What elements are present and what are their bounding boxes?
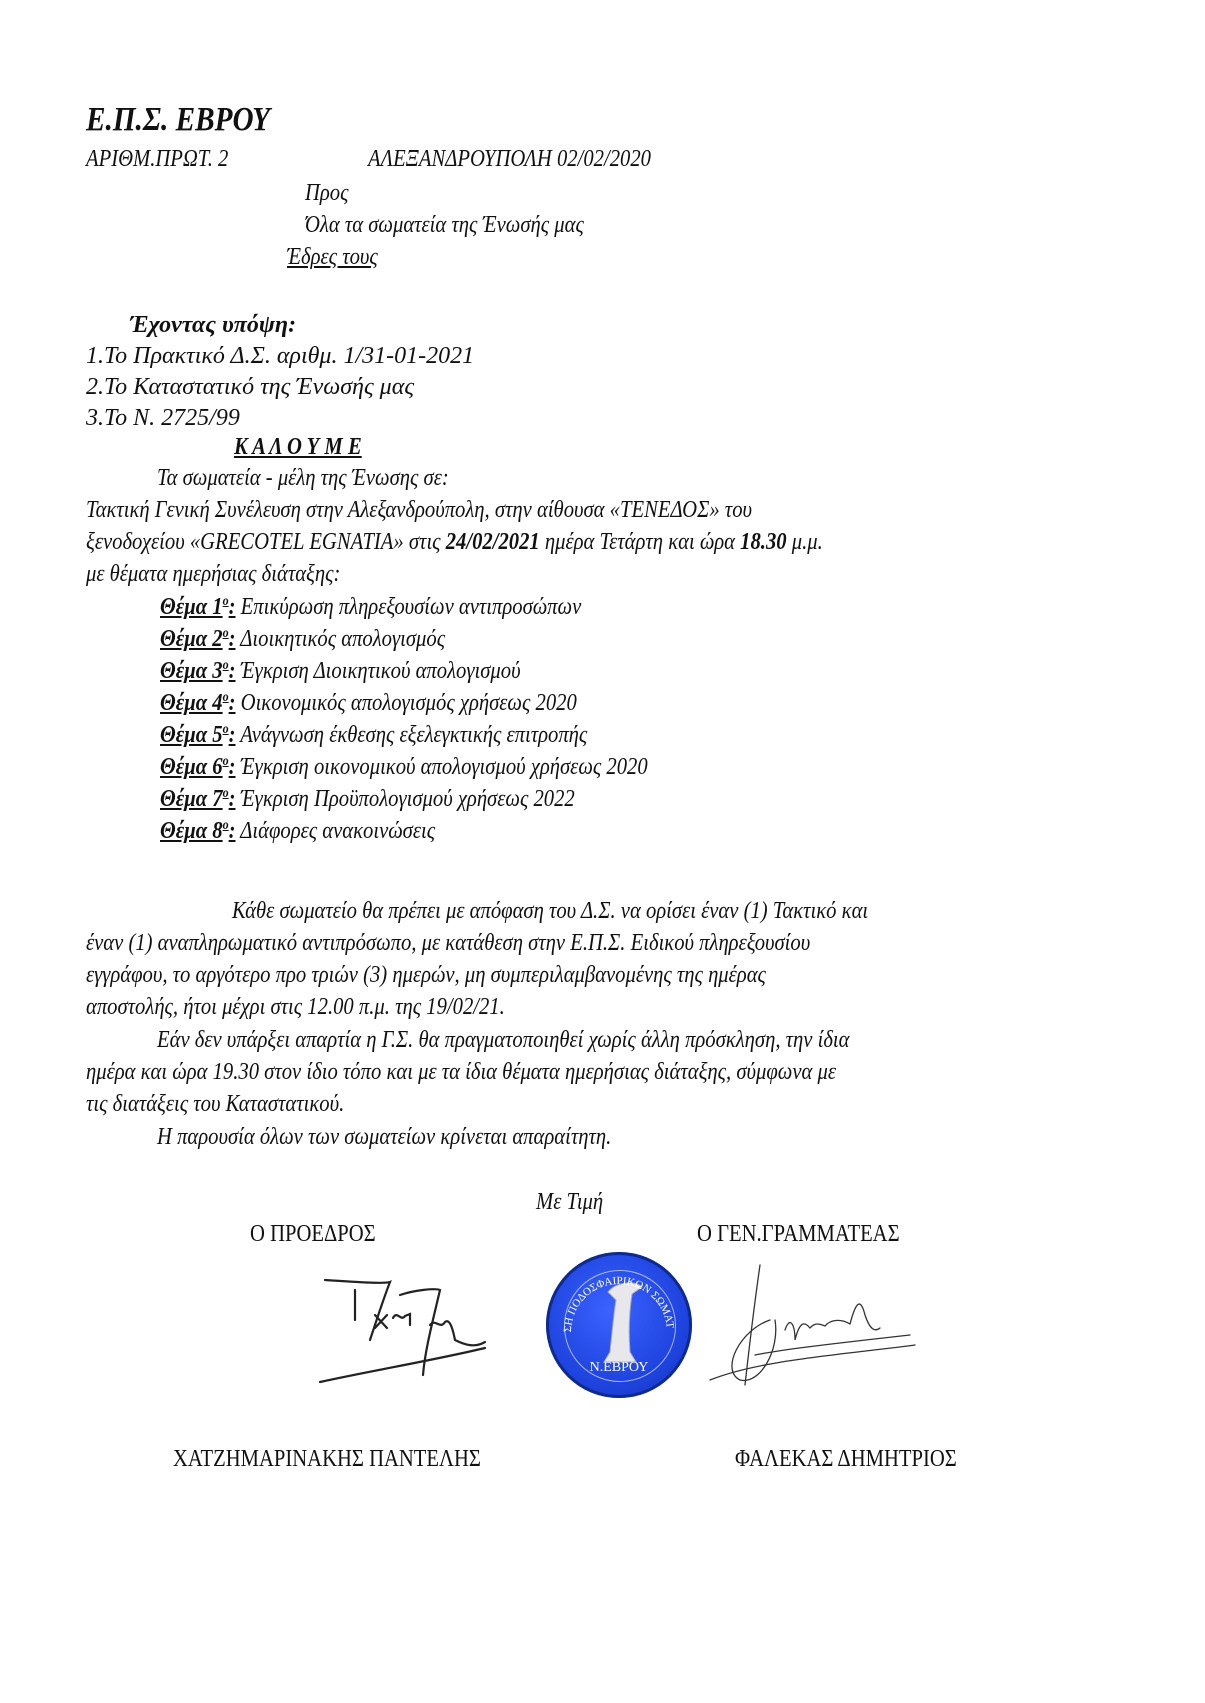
agenda-item: Θέμα 3ο: Έγκριση Διοικητικού απολογισμού xyxy=(160,658,579,685)
agenda-item-text: Έγκριση Προϋπολογισμού χρήσεως 2022 xyxy=(241,786,575,812)
paragraph-line: Εάν δεν υπάρξει απαρτία η Γ.Σ. θα πραγμα… xyxy=(157,1027,962,1054)
agenda-item-text: Οικονομικός απολογισμός χρήσεως 2020 xyxy=(241,690,577,716)
agenda-item-label: Θέμα 3 xyxy=(160,658,223,684)
agenda-item-label: Θέμα 7 xyxy=(160,786,223,812)
paragraph-line: Κάθε σωματείο θα πρέπει με απόφαση του Δ… xyxy=(232,898,972,925)
secretary-name: ΦΑΛΕΚΑΣ ΔΗΜΗΤΡΙΟΣ xyxy=(735,1446,993,1473)
paragraph-line: ημέρα και ώρα 19.30 στον ίδιο τόπο και μ… xyxy=(86,1059,958,1086)
call-line-3: με θέματα ημερήσιας διάταξης: xyxy=(86,561,382,588)
paragraph-line: τις διατάξεις του Καταστατικού. xyxy=(86,1091,386,1118)
considering-item: 1.Το Πρακτικό Δ.Σ. αριθμ. 1/31-01-2021 xyxy=(86,343,474,370)
paragraph-line: έναν (1) αναπληρωματικό αντιπρόσωπο, με … xyxy=(86,930,928,957)
agenda-item-text: Έγκριση οικονομικού απολογισμού χρήσεως … xyxy=(241,754,648,780)
call-intro: Τα σωματεία - μέλη της Ένωσης σε: xyxy=(157,465,496,492)
agenda-item-text: Επικύρωση πληρεξουσίων αντιπροσώπων xyxy=(241,594,582,620)
call-heading: Κ Α Λ Ο Υ Μ Ε xyxy=(234,434,383,461)
call-line-1: Τακτική Γενική Συνέλευση στην Αλεξανδρού… xyxy=(86,497,860,524)
considering-item: 3.Το Ν. 2725/99 xyxy=(86,405,240,432)
seal-region-text: Ν.ΕΒΡΟΥ xyxy=(546,1360,692,1376)
agenda-item-text: Έγκριση Διοικητικού απολογισμού xyxy=(241,658,521,684)
place-date: ΑΛΕΞΑΝΔΡΟΥΠΟΛΗ 02/02/2020 xyxy=(368,146,697,173)
paragraph-line: εγγράφου, το αργότερο προ τριών (3) ημερ… xyxy=(86,962,877,989)
considering-heading: Έχοντας υπόψη: xyxy=(130,312,296,339)
recipients-location: Έδρες τους xyxy=(287,244,393,271)
president-name: ΧΑΤΖΗΜΑΡΙΝΑΚΗΣ ΠΑΝΤΕΛΗΣ xyxy=(173,1446,531,1473)
to-label: Προς xyxy=(305,180,356,207)
agenda-item-label: Θέμα 5 xyxy=(160,722,223,748)
agenda-item: Θέμα 2ο: Διοικητικός απολογισμός xyxy=(160,626,492,653)
secretary-signature xyxy=(700,1260,930,1390)
statue-icon: ΕΝΩΣΗ ΠΟΔΟΣΦΑΙΡΙΚΩΝ ΣΩΜΑΤΕΙΩΝ xyxy=(546,1252,692,1398)
considering-item: 2.Το Καταστατικό της Ένωσής μας xyxy=(86,374,414,401)
agenda-item-label: Θέμα 1 xyxy=(160,594,223,620)
association-seal: ΕΝΩΣΗ ΠΟΔΟΣΦΑΙΡΙΚΩΝ ΣΩΜΑΤΕΙΩΝ Ν.ΕΒΡΟΥ xyxy=(546,1252,692,1398)
agenda-item: Θέμα 7ο: Έγκριση Προϋπολογισμού χρήσεως … xyxy=(160,786,642,813)
agenda-item: Θέμα 8ο: Διάφορες ανακοινώσεις xyxy=(160,818,480,845)
agenda-item: Θέμα 5ο: Ανάγνωση έκθεσης εξελεγκτικής ε… xyxy=(160,722,657,749)
meeting-time: 18.30 xyxy=(740,529,786,555)
closing-text: Με Τιμή xyxy=(536,1189,614,1216)
agenda-item-label: Θέμα 8 xyxy=(160,818,223,844)
call-line-2: ξενοδοχείου «GRECOTEL EGNATIA» στις 24/0… xyxy=(86,529,943,556)
agenda-item: Θέμα 4ο: Οικονομικός απολογισμός χρήσεως… xyxy=(160,690,645,717)
agenda-item-label: Θέμα 2 xyxy=(160,626,223,652)
agenda-item: Θέμα 1ο: Επικύρωση πληρεξουσίων αντιπροσ… xyxy=(160,594,650,621)
agenda-item-label: Θέμα 4 xyxy=(160,690,223,716)
organization-title: Ε.Π.Σ. ΕΒΡΟΥ xyxy=(86,101,300,139)
agenda-item-text: Διάφορες ανακοινώσεις xyxy=(240,818,435,844)
president-signature xyxy=(315,1270,545,1390)
president-title: Ο ΠΡΟΕΔΡΟΣ xyxy=(250,1221,396,1248)
secretary-title: Ο ΓΕΝ.ΓΡΑΜΜΑΤΕΑΣ xyxy=(697,1221,933,1248)
meeting-date: 24/02/2021 xyxy=(446,529,540,555)
paragraph-line: αποστολής, ήτοι μέχρι στις 12.00 π.μ. τη… xyxy=(86,994,573,1021)
agenda-item-text: Ανάγνωση έκθεσης εξελεγκτικής επιτροπής xyxy=(240,722,587,748)
attendance-note: Η παρουσία όλων των σωματείων κρίνεται α… xyxy=(157,1124,685,1151)
agenda-item-label: Θέμα 6 xyxy=(160,754,223,780)
agenda-item: Θέμα 6ο: Έγκριση οικονομικού απολογισμού… xyxy=(160,754,727,781)
protocol-number: ΑΡΙΘΜ.ΠΡΩΤ. 2 xyxy=(86,146,252,173)
agenda-item-text: Διοικητικός απολογισμός xyxy=(240,626,445,652)
recipients: Όλα τα σωματεία της Ένωσής μας xyxy=(305,212,629,239)
